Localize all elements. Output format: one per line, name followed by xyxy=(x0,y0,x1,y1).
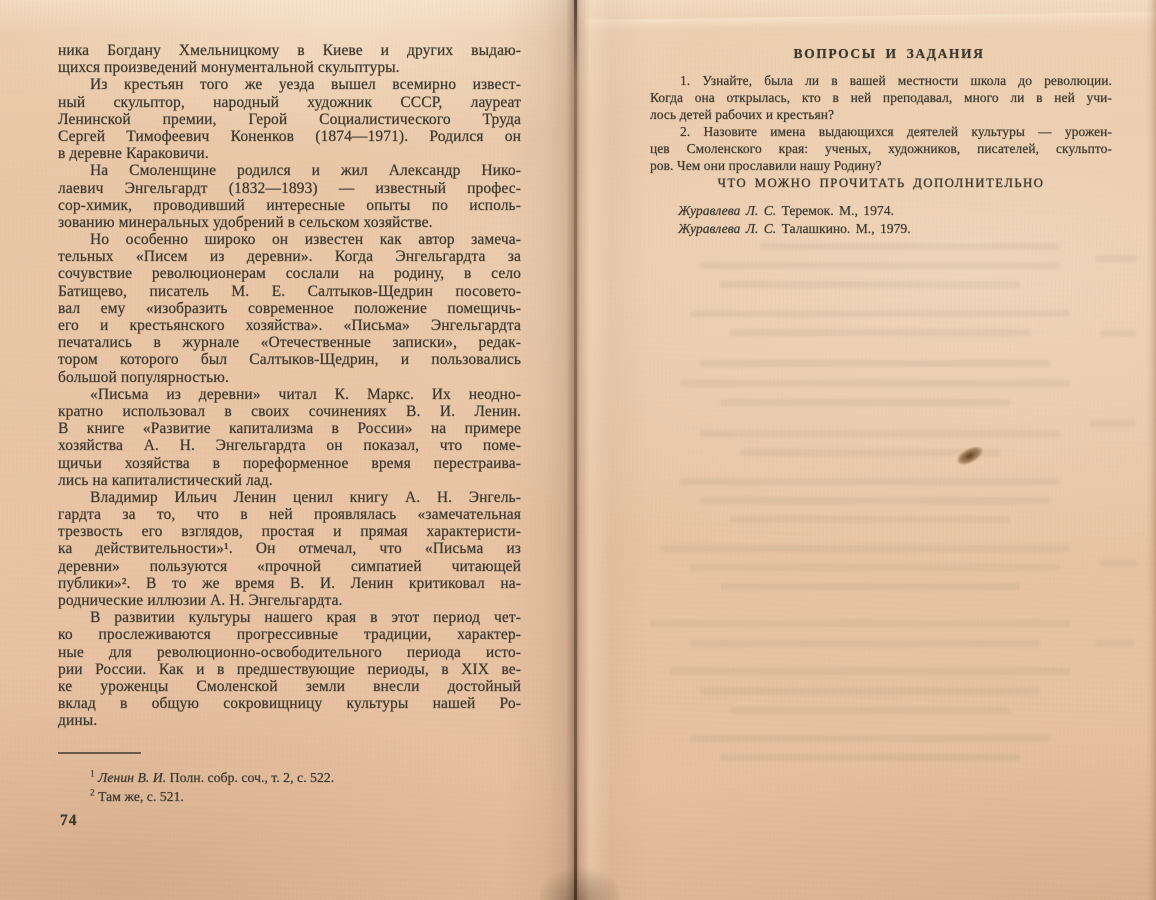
page-number: 74 xyxy=(60,812,78,830)
book-gutter-shadow xyxy=(500,0,650,900)
body-text-line: Батищево, писатель М. Е. Салтыков-Щедрин… xyxy=(58,283,521,300)
further-reading-heading: ЧТО МОЖНО ПРОЧИТАТЬ ДОПОЛНИТЕЛЬНО xyxy=(650,176,1112,191)
showthrough-line xyxy=(1095,255,1137,262)
paper-crease xyxy=(585,12,1156,32)
body-text-line: деревни» пользуются «прочной симпатией ч… xyxy=(58,558,521,575)
questions-body: 1. Узнайте, была ли в вашей местности шк… xyxy=(650,72,1112,174)
showthrough-line xyxy=(680,380,1070,387)
body-text-line: сор-химик, проводивший интересные опыты … xyxy=(58,197,521,214)
body-text-line: кратно использовал в своих сочинениях В.… xyxy=(58,403,521,420)
showthrough-line xyxy=(720,754,1020,761)
body-text-line: На Смоленщине родился и жил Александр Ни… xyxy=(58,162,521,179)
body-text-line: зованию минеральных удобрений в сельском… xyxy=(58,214,521,231)
footnotes: 1 Ленин В. И. Полн. собр. соч., т. 2, с.… xyxy=(58,768,521,806)
bibliography-line: Журавлева Л. С. Теремок. М., 1974. xyxy=(678,202,1118,220)
showthrough-line xyxy=(660,545,1070,552)
showthrough-line xyxy=(1095,640,1135,647)
showthrough-line xyxy=(670,668,1070,675)
body-text-line: публики»². В то же время В. И. Ленин кри… xyxy=(58,575,521,592)
body-text-line: вал ему «изобразить современное положени… xyxy=(58,300,521,317)
body-text-line: в деревне Караковичи. xyxy=(58,145,521,162)
showthrough-line xyxy=(720,281,1020,288)
body-text-line: В развитии культуры нашего края в этот п… xyxy=(58,609,521,626)
body-text-line: печатались в журнале «Отечественные запи… xyxy=(58,334,521,351)
showthrough-line xyxy=(730,329,1030,336)
bibliography: Журавлева Л. С. Теремок. М., 1974.Журавл… xyxy=(678,202,1118,237)
showthrough-line xyxy=(1100,560,1138,567)
book-scan: ника Богдану Хмельницкому в Киеве и друг… xyxy=(0,0,1156,900)
body-text-line: лаевич Энгельгардт (1832—1893) — известн… xyxy=(58,180,521,197)
body-text-line: щичьи хозяйства в пореформенное время пе… xyxy=(58,455,521,472)
question-text-line: цев Смоленского края: ученых, художников… xyxy=(650,140,1112,157)
body-text-line: Ленинской премии, Герой Социалистическог… xyxy=(58,111,521,128)
question-text-line: 2. Назовите имена выдающихся деятелей ку… xyxy=(650,123,1112,140)
body-text-line: «Письма из деревни» читал К. Маркс. Их н… xyxy=(58,386,521,403)
body-text-line: Но особенно широко он известен как автор… xyxy=(58,231,521,248)
body-text-line: гардта за то, что в ней проявлялась «зам… xyxy=(58,506,521,523)
showthrough-line xyxy=(700,360,1050,367)
body-text-line: вклад в общую сокровищницу культуры наше… xyxy=(58,695,521,712)
body-text-line: дины. xyxy=(58,712,521,729)
showthrough-line xyxy=(690,735,1050,742)
question-text-line: ров. Чем они прославили нашу Родину? xyxy=(650,157,1112,174)
page-edge-shadow xyxy=(1146,0,1156,900)
showthrough-line xyxy=(650,620,1070,627)
body-text-line: ка действительности»¹. Он отмечал, что «… xyxy=(58,540,521,557)
showthrough-line xyxy=(740,449,1000,456)
showthrough-line xyxy=(1090,420,1136,427)
body-text-line: рии России. Как и в предшествующие перио… xyxy=(58,661,521,678)
question-text-line: Когда она открылась, кто в ней преподава… xyxy=(650,89,1112,106)
showthrough-line xyxy=(690,310,1070,317)
showthrough-line xyxy=(700,430,1060,437)
body-text-line: ные для революционно-освободительного пе… xyxy=(58,644,521,661)
showthrough-line xyxy=(720,399,1010,406)
body-text-line: Владимир Ильич Ленин ценил книгу А. Н. Э… xyxy=(58,489,521,506)
body-text-line: Сергей Тимофеевич Коненков (1874—1971). … xyxy=(58,128,521,145)
showthrough-line xyxy=(680,478,1060,485)
body-text-line: В книге «Развитие капитализма в России» … xyxy=(58,420,521,437)
showthrough-line xyxy=(700,262,1060,269)
body-text-line: ко прослеживаются прогрессивные традиции… xyxy=(58,626,521,643)
footnote-line: 1 Ленин В. И. Полн. собр. соч., т. 2, с.… xyxy=(58,768,521,787)
footnote-line: 2 Там же, с. 521. xyxy=(58,787,521,806)
question-text-line: 1. Узнайте, была ли в вашей местности шк… xyxy=(650,72,1112,89)
question-text-line: лось детей рабочих и крестьян? xyxy=(650,106,1112,123)
body-text-line: роднические иллюзии А. Н. Энгельгардта. xyxy=(58,592,521,609)
showthrough-line xyxy=(1100,330,1136,337)
showthrough-line xyxy=(700,688,1040,695)
body-text-line: большой популярностью. xyxy=(58,369,521,386)
footnote-rule xyxy=(58,752,141,754)
showthrough-line xyxy=(720,583,1020,590)
showthrough-line xyxy=(730,516,1010,523)
body-text-line: хозяйства А. Н. Энгельгардта он показал,… xyxy=(58,437,521,454)
showthrough-line xyxy=(760,243,1060,250)
body-text-line: Из крестьян того же уезда вышел всемирно… xyxy=(58,76,521,93)
body-text-line: сочувствие революционерам сослали на род… xyxy=(58,265,521,282)
showthrough-line xyxy=(700,497,1050,504)
body-text-line: трезвость его взглядов, простая и прямая… xyxy=(58,523,521,540)
body-text-line: ника Богдану Хмельницкому в Киеве и друг… xyxy=(58,42,521,59)
body-text-line: лись на капиталистический лад. xyxy=(58,472,521,489)
body-text-line: ный скульптор, народный художник СССР, л… xyxy=(58,94,521,111)
questions-heading: ВОПРОСЫ И ЗАДАНИЯ xyxy=(654,46,1124,62)
bibliography-line: Журавлева Л. С. Талашкино. М., 1979. xyxy=(678,220,1118,238)
body-text-line: тором которого был Салтыков-Щедрин, и по… xyxy=(58,351,521,368)
body-text-line: его и крестьянского хозяйства». «Письма»… xyxy=(58,317,521,334)
showthrough-line xyxy=(730,707,1010,714)
body-text-line: ке уроженцы Смоленской земли внесли дост… xyxy=(58,678,521,695)
body-text-line: щихся произведений монументальной скульп… xyxy=(58,59,521,76)
body-text-line: тельных «Писем из деревни». Когда Энгель… xyxy=(58,248,521,265)
left-page-body: ника Богдану Хмельницкому в Киеве и друг… xyxy=(58,42,521,730)
showthrough-line xyxy=(690,564,1060,571)
showthrough-line xyxy=(690,640,1040,647)
